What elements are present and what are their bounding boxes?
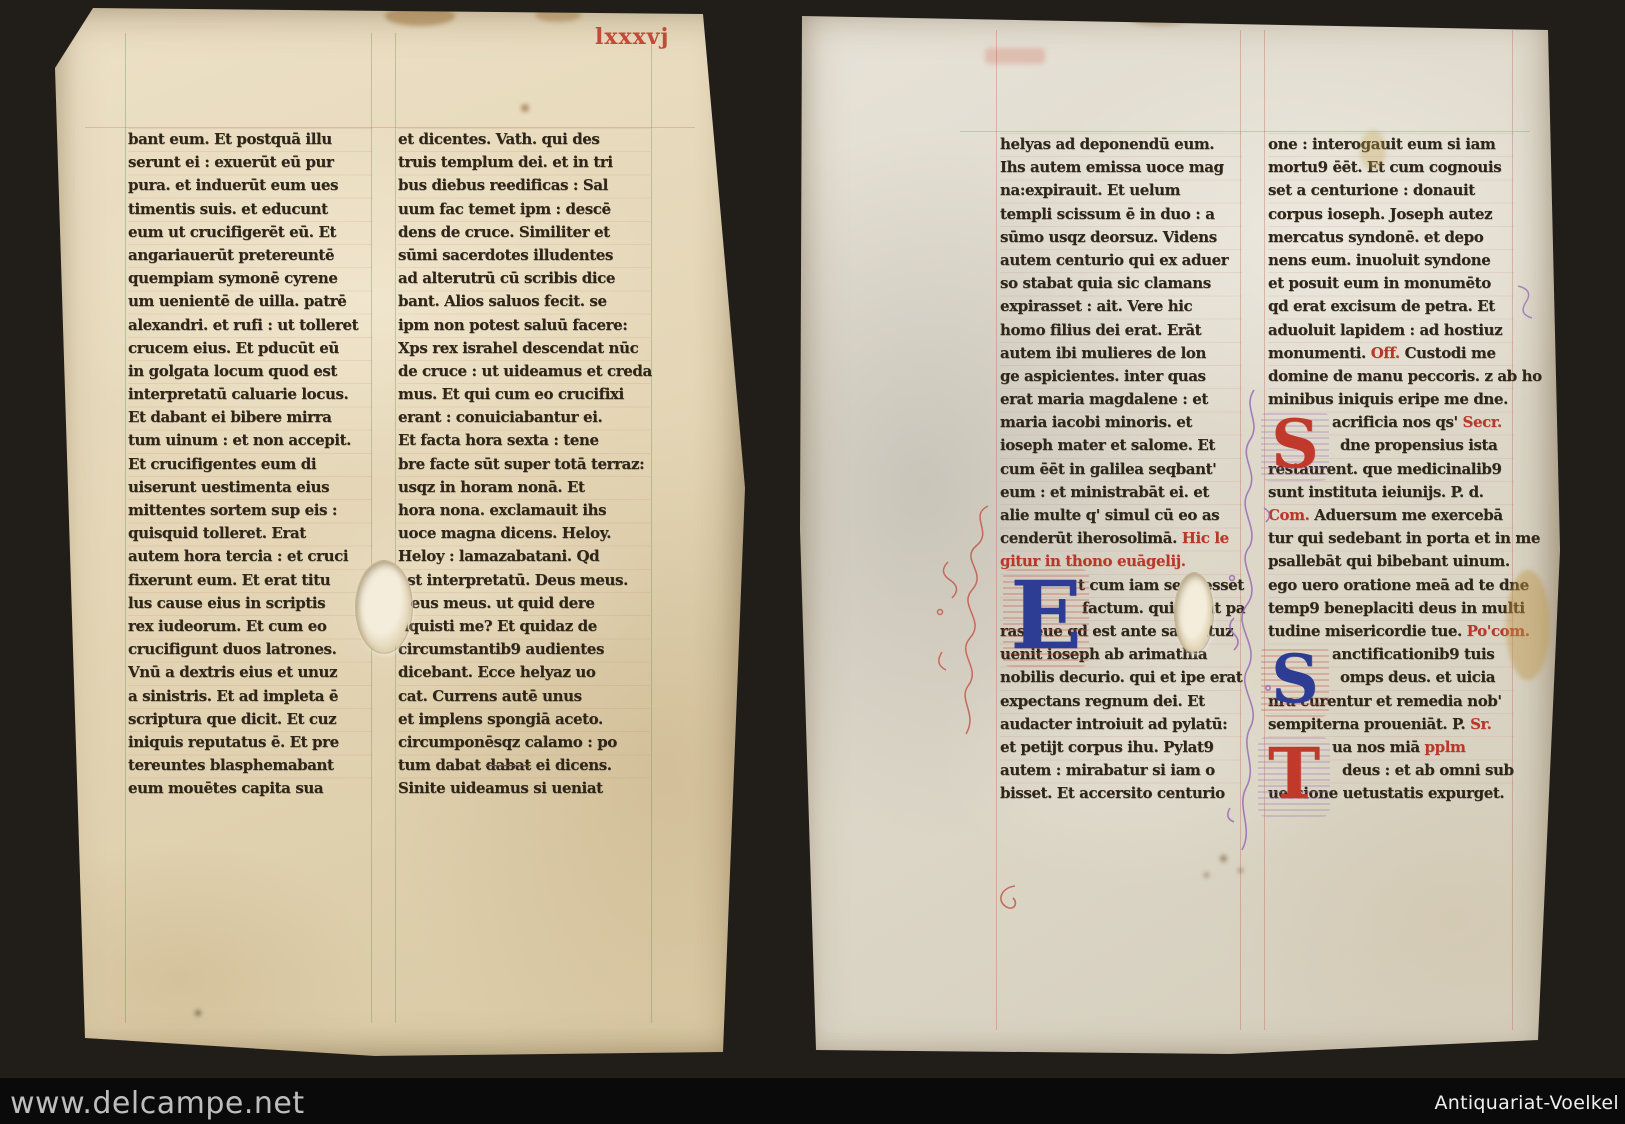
text-line: cum ēēt in galilea seqbant' [1000,458,1242,481]
text-line: tur qui sedebant in porta et in me [1268,527,1514,550]
illuminated-initial-S-sanctificationibus: S [1258,642,1332,720]
stain [385,6,455,26]
text-line: mortu9 ēēt. Et cum cognouis [1268,156,1514,179]
text-line: lus cause eius in scriptis [128,592,373,615]
text-line: tum dabat dabat ei dicens. [398,754,650,777]
text-line: usqz in horam nonā. Et [398,476,650,499]
text-line: so stabat quia sic clamans [1000,272,1242,295]
faint-red-mark [985,48,1045,64]
text-line: tum uinum : et non accepit. [128,429,373,452]
text-line: a sinistris. Et ad impleta ē [128,685,373,708]
text-line: Com. Aduersum me exercebā [1268,504,1514,527]
text-line: alexandri. et rufi : ut tolleret [128,314,373,337]
text-line: iniquis reputatus ē. Et pre [128,731,373,754]
text-line: Xps rex israhel descendat nūc [398,337,650,360]
text-line: in golgata locum quod est [128,360,373,383]
ruling-line [651,33,652,1023]
watermark-delcampe: www.delcampe.net [10,1086,305,1121]
text-line: autem : mirabatur si iam o [1000,759,1242,782]
text-line: ego uero oratione meā ad te dne [1268,574,1514,597]
illuminated-initial-S-sacrificia: S [1258,408,1332,484]
manuscript-leaf-left: lxxxvj bant eum. Et postquā illuserunt e… [55,8,745,1062]
stain [1220,855,1227,862]
folio-number: lxxxvj [595,24,669,50]
text-line: cat. Currens autē unus [398,685,650,708]
text-column-right-1: helyas ad deponendū eum.Ihs autem emissa… [1000,133,1242,805]
text-line: nens eum. inuoluit syndone [1268,249,1514,272]
text-line: Deus meus. ut quid dere [398,592,650,615]
text-line: uum fac temet ipm : descē [398,198,650,221]
text-line: Sinite uideamus si ueniat [398,777,650,800]
text-line: et dicentes. Vath. qui des [398,128,650,151]
stain [535,8,581,22]
text-line: et petijt corpus ihu. Pylat9 [1000,736,1242,759]
text-line: corpus ioseph. Joseph autez [1268,203,1514,226]
text-line: monumenti. Off. Custodi me [1268,342,1514,365]
stain [1506,570,1550,680]
text-line: serunt ei : exuerūt eū pur [128,151,373,174]
ruling-line [1264,30,1265,1030]
text-line: bre facte sūt super totā terraz: [398,453,650,476]
text-line: dicebant. Ecce helyaz uo [398,661,650,684]
stain [1360,130,1386,170]
stain [1130,10,1190,26]
text-line: aduoluit lapidem : ad hostiuz [1268,319,1514,342]
text-line: quisquid tolleret. Erat [128,522,373,545]
text-line: circumponēsqz calamo : po [398,731,650,754]
stain [1204,872,1209,878]
text-line: one : interogauit eum si iam [1268,133,1514,156]
text-line: ad alterutrū cū scribis dice [398,267,650,290]
text-line: mercatus syndonē. et depo [1268,226,1514,249]
text-line: et posuit eum in monumēto [1268,272,1514,295]
text-line: rex iudeorum. Et cum eo [128,615,373,638]
text-line: ioseph mater et salome. Et [1000,434,1242,457]
text-line: liquisti me? Et quidaz de [398,615,650,638]
text-line: crucem eius. Et pducūt eū [128,337,373,360]
text-line: sūmi sacerdotes illudentes [398,244,650,267]
ruling-line [395,33,396,1023]
text-line: autem hora tercia : et cruci [128,545,373,568]
ruling-line [996,30,997,1030]
text-line: maria iacobi minoris. et [1000,411,1242,434]
text-line: bant. Alios saluos fecit. se [398,290,650,313]
stain [195,1010,201,1016]
text-line: et implens spongiā aceto. [398,708,650,731]
text-line: uoce magna dicens. Heloy. [398,522,650,545]
text-line: interpretatū caluarie locus. [128,383,373,406]
text-line: Et dabant ei bibere mirra [128,406,373,429]
text-line: cenderūt iherosolimā. Hic le [1000,527,1242,550]
text-line: temp9 beneplaciti deus in multi [1268,597,1514,620]
text-line: angariauerūt pretereuntē [128,244,373,267]
text-line: mus. Et qui cum eo crucifixi [398,383,650,406]
text-line: scriptura que dicit. Et cuz [128,708,373,731]
text-line: hora nona. exclamauit ihs [398,499,650,522]
text-line: pura. et induerūt eum ues [128,174,373,197]
text-line: erant : conuiciabantur ei. [398,406,650,429]
text-line: Et facta hora sexta : tene [398,429,650,452]
vellum-hole [1174,572,1214,654]
manuscript-leaf-right: helyas ad deponendū eum.Ihs autem emissa… [800,10,1560,1066]
text-line: na:expirauit. Et uelum [1000,179,1242,202]
text-line: ge aspicientes. inter quas [1000,365,1242,388]
text-line: sūmo usqz deorsuz. Videns [1000,226,1242,249]
ruling-line [125,33,126,1023]
text-line: est interpretatū. Deus meus. [398,569,650,592]
text-line: alie multe q' simul cū eo as [1000,504,1242,527]
text-line: crucifigunt duos latrones. [128,638,373,661]
text-line: eum : et ministrabāt ei. et [1000,481,1242,504]
vellum-hole [355,560,413,654]
text-line: bisset. Et accersito centurio [1000,782,1242,805]
illuminated-initial-T-tua: T [1255,734,1333,820]
text-line: Heloy : lamazabatani. Qd [398,545,650,568]
text-line: sunt instituta ieiunijs. P. d. [1268,481,1514,504]
illuminated-initial-E: E [1000,566,1092,670]
stain [521,104,529,112]
text-line: autem ibi mulieres de lon [1000,342,1242,365]
text-line: dens de cruce. Similiter et [398,221,650,244]
text-line: timentis suis. et educunt [128,198,373,221]
text-line: bant eum. Et postquā illu [128,128,373,151]
text-line: set a centurione : donauit [1268,179,1514,202]
text-line: erat maria magdalene : et [1000,388,1242,411]
ruling-line [960,131,1530,132]
text-line: um uenientē de uilla. patrē [128,290,373,313]
text-line: eum mouētes capita sua [128,777,373,800]
text-line: audacter introiuit ad pylatū: [1000,713,1242,736]
text-line: mittentes sortem sup eis : [128,499,373,522]
text-line: ipm non potest saluū facere: [398,314,650,337]
text-line: circumstantib9 audientes [398,638,650,661]
text-line: fixerunt eum. Et erat titu [128,569,373,592]
text-line: autem centurio qui ex aduer [1000,249,1242,272]
text-column-left-1: bant eum. Et postquā illuserunt ei : exu… [128,128,373,800]
text-line: qd erat excisum de petra. Et [1268,295,1514,318]
text-line: tereuntes blasphemabant [128,754,373,777]
text-line: domine de manu peccoris. z ab ho [1268,365,1514,388]
text-line: helyas ad deponendū eum. [1000,133,1242,156]
watermark-antiquariat: Antiquariat-Voelkel [1434,1092,1619,1114]
text-line: psallebāt qui bibebant uinum. [1268,550,1514,573]
text-line: expirasset : ait. Vere hic [1000,295,1242,318]
text-line: Vnū a dextris eius et unuz [128,661,373,684]
text-line: templi scissum ē in duo : a [1000,203,1242,226]
text-line: truis templum dei. et in tri [398,151,650,174]
text-line: Ihs autem emissa uoce mag [1000,156,1242,179]
text-line: quempiam symonē cyrene [128,267,373,290]
text-line: expectans regnum dei. Et [1000,690,1242,713]
text-line: bus diebus reedificas : Sal [398,174,650,197]
text-line: eum ut crucifigerēt eū. Et [128,221,373,244]
text-line: homo filius dei erat. Erāt [1000,319,1242,342]
text-line: de cruce : ut uideamus et creda [398,360,650,383]
text-line: Et crucifigentes eum di [128,453,373,476]
stain [1238,868,1243,873]
text-line: uiserunt uestimenta eius [128,476,373,499]
text-column-left-2: et dicentes. Vath. qui destruis templum … [398,128,650,800]
